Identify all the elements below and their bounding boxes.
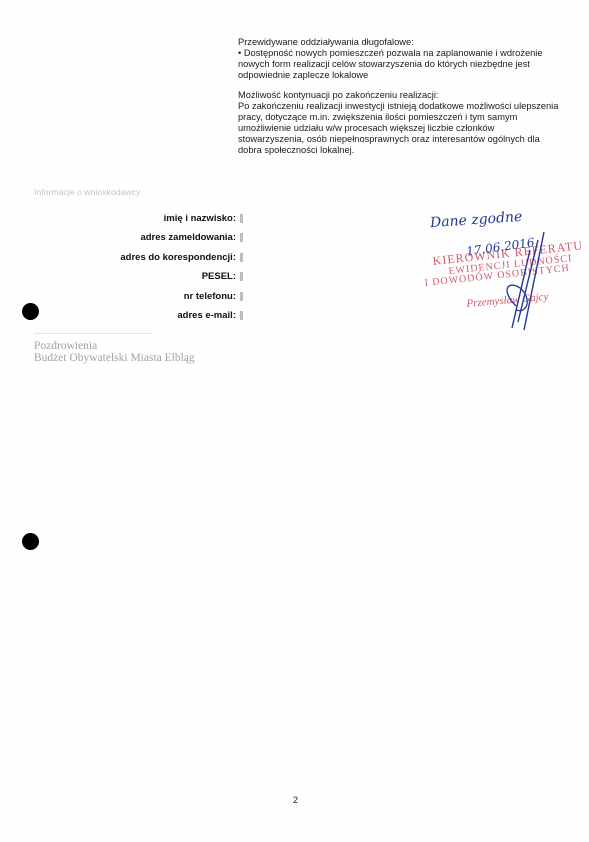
redacted-value [240,292,243,301]
divider [34,333,152,334]
field-label: imię i nazwisko: [164,213,236,224]
redacted-value [240,214,243,223]
field-name: imię i nazwisko: [0,213,260,232]
field-label: PESEL: [202,271,236,282]
redacted-value [240,233,243,242]
field-label: adres do korespondencji: [120,252,236,263]
field-pesel: PESEL: [0,271,260,290]
redacted-value [240,253,243,262]
field-correspondence-address: adres do korespondencji: [0,252,260,271]
signoff-organization: Budżet Obywatelski Miasta Elbląg [34,352,195,364]
signoff: Pozdrowienia Budżet Obywatelski Miasta E… [34,340,195,364]
long-term-effects-heading: Przewidywane oddziaływania długofalowe: [238,37,583,48]
field-label: nr telefonu: [184,291,236,302]
punch-hole-icon [22,303,39,320]
continuation-line: dobra społeczności lokalnej. [238,145,583,156]
field-phone: nr telefonu: [0,291,260,310]
continuation-heading: Możliwość kontynuacji po zakończeniu rea… [238,90,583,101]
long-term-effects-line: • Dostępność nowych pomieszczeń pozwala … [238,48,583,59]
redacted-value [240,311,243,320]
continuation-line: stowarzyszenia, osób niepełnosprawnych o… [238,134,583,145]
field-label: adres e-mail: [177,310,236,321]
long-term-effects-line: odpowiednie zaplecze lokalowe [238,70,583,81]
punch-hole-icon [22,533,39,550]
continuation-line: pracy, dotyczące m.in. zwiększenia ilośc… [238,112,583,123]
long-term-effects-line: nowych form realizacji celów stowarzysze… [238,59,583,70]
continuation-line: umożliwienie udziału w/w procesach więks… [238,123,583,134]
continuation-section: Możliwość kontynuacji po zakończeniu rea… [238,90,583,156]
field-registered-address: adres zameldowania: [0,232,260,251]
official-stamp: KIEROWNIK REFERATU EWIDENCJI LUDNOŚCI I … [420,210,589,340]
page-number: 2 [293,795,298,805]
applicant-section-header: Informacje o wnioskodawcy [34,187,140,197]
signature-icon [420,210,589,340]
continuation-line: Po zakończeniu realizacji inwestycji ist… [238,101,583,112]
field-label: adres zameldowania: [140,232,236,243]
redacted-value [240,272,243,281]
field-email: adres e-mail: [0,310,260,329]
long-term-effects-section: Przewidywane oddziaływania długofalowe: … [238,37,583,81]
applicant-form: imię i nazwisko: adres zameldowania: adr… [0,213,260,329]
signoff-greeting: Pozdrowienia [34,340,195,352]
document-page: Przewidywane oddziaływania długofalowe: … [0,0,589,842]
